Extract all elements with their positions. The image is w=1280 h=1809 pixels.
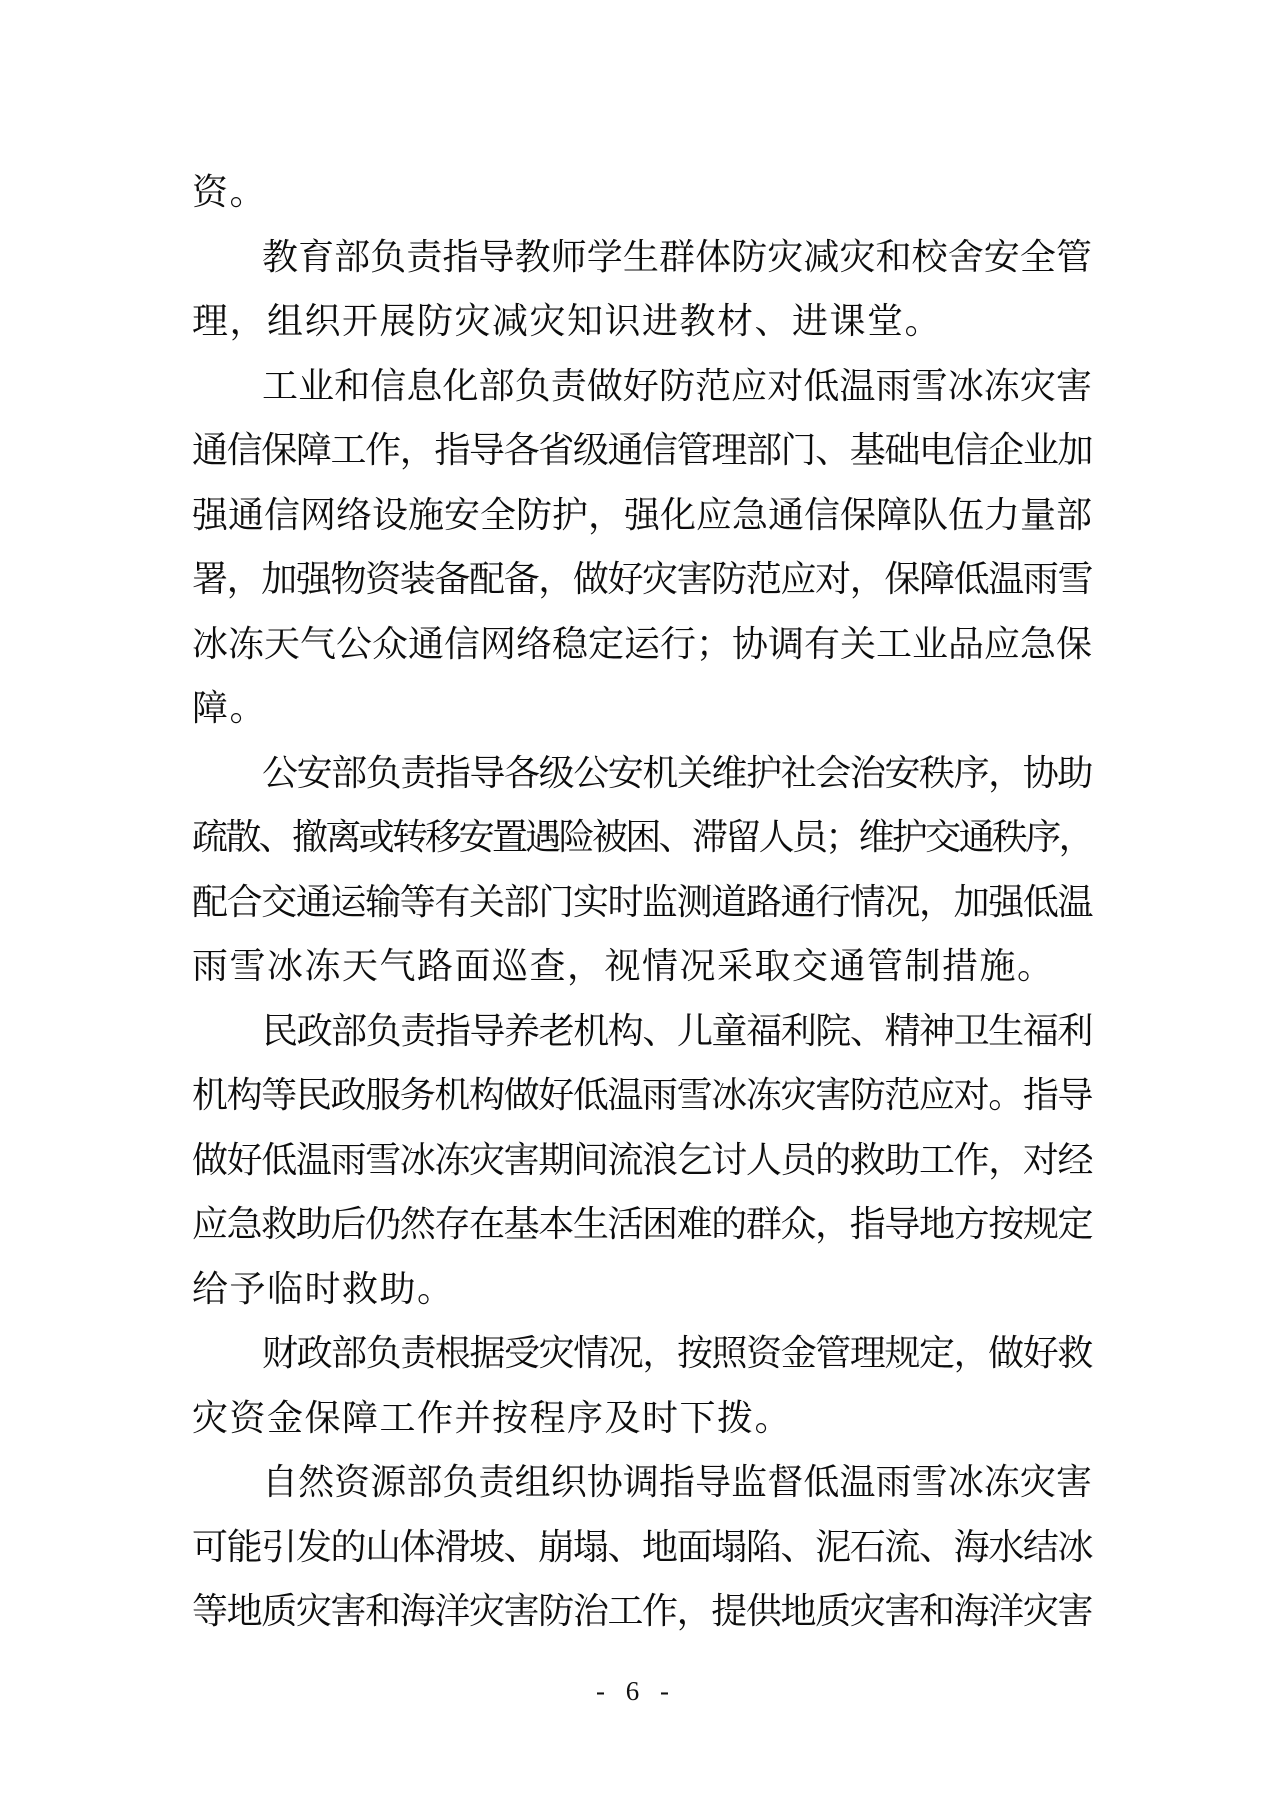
text-line: 等地质灾害和海洋灾害防治工作，提供地质灾害和海洋灾害 [192,1579,1092,1644]
text-line: 署，加强物资装备配备，做好灾害防范应对，保障低温雨雪 [192,547,1092,612]
paragraph: 自然资源部负责组织协调指导监督低温雨雪冰冻灾害可能引发的山体滑坡、崩塌、地面塌陷… [192,1450,1092,1644]
paragraph: 公安部负责指导各级公安机关维护社会治安秩序，协助疏散、撤离或转移安置遇险被困、滞… [192,741,1092,999]
text-line: 给予临时救助。 [192,1257,1092,1322]
text-line: 财政部负责根据受灾情况，按照资金管理规定，做好救 [192,1321,1092,1386]
text-line: 资。 [192,160,1092,225]
text-line: 应急救助后仍然存在基本生活困难的群众，指导地方按规定 [192,1192,1092,1257]
text-line: 做好低温雨雪冰冻灾害期间流浪乞讨人员的救助工作，对经 [192,1128,1092,1193]
text-line: 障。 [192,676,1092,741]
text-line: 民政部负责指导养老机构、儿童福利院、精神卫生福利 [192,999,1092,1064]
text-column: 资。教育部负责指导教师学生群体防灾减灾和校舍安全管理，组织开展防灾减灾知识进教材… [192,160,1092,1644]
text-line: 灾资金保障工作并按程序及时下拨。 [192,1386,1092,1451]
text-line: 教育部负责指导教师学生群体防灾减灾和校舍安全管 [192,225,1092,290]
text-line: 自然资源部负责组织协调指导监督低温雨雪冰冻灾害 [192,1450,1092,1515]
text-line: 强通信网络设施安全防护，强化应急通信保障队伍力量部 [192,483,1092,548]
text-line: 冰冻天气公众通信网络稳定运行；协调有关工业品应急保 [192,612,1092,677]
text-line: 可能引发的山体滑坡、崩塌、地面塌陷、泥石流、海水结冰 [192,1515,1092,1580]
paragraph: 工业和信息化部负责做好防范应对低温雨雪冰冻灾害通信保障工作，指导各省级通信管理部… [192,354,1092,741]
text-line: 机构等民政服务机构做好低温雨雪冰冻灾害防范应对。指导 [192,1063,1092,1128]
paragraph: 财政部负责根据受灾情况，按照资金管理规定，做好救灾资金保障工作并按程序及时下拨。 [192,1321,1092,1450]
paragraph: 资。 [192,160,1092,225]
text-line: 工业和信息化部负责做好防范应对低温雨雪冰冻灾害 [192,354,1092,419]
text-line: 理，组织开展防灾减灾知识进教材、进课堂。 [192,289,1092,354]
paragraph: 民政部负责指导养老机构、儿童福利院、精神卫生福利机构等民政服务机构做好低温雨雪冰… [192,999,1092,1322]
text-line: 雨雪冰冻天气路面巡查，视情况采取交通管制措施。 [192,934,1092,999]
paragraph: 教育部负责指导教师学生群体防灾减灾和校舍安全管理，组织开展防灾减灾知识进教材、进… [192,225,1092,354]
text-line: 疏散、撤离或转移安置遇险被困、滞留人员；维护交通秩序， [192,805,1092,870]
page-number: - 6 - [0,1676,1272,1707]
text-line: 配合交通运输等有关部门实时监测道路通行情况，加强低温 [192,870,1092,935]
text-line: 通信保障工作，指导各省级通信管理部门、基础电信企业加 [192,418,1092,483]
document-page: 资。教育部负责指导教师学生群体防灾减灾和校舍安全管理，组织开展防灾减灾知识进教材… [0,0,1280,1809]
text-line: 公安部负责指导各级公安机关维护社会治安秩序，协助 [192,741,1092,806]
